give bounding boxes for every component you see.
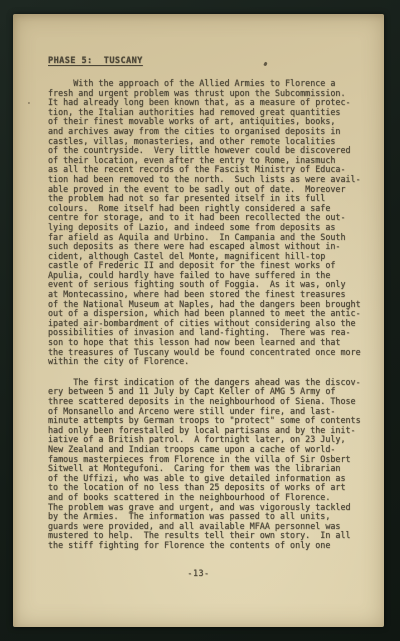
- document-page: PHASE 5: TUSCANY With the approach of th…: [13, 14, 384, 627]
- page-content: PHASE 5: TUSCANY With the approach of th…: [48, 56, 373, 551]
- page-number: -13-: [13, 568, 384, 578]
- ink-speck: [28, 102, 30, 104]
- section-heading: PHASE 5: TUSCANY: [48, 56, 373, 66]
- body-paragraph-2: The first indication of the dangers ahea…: [48, 378, 373, 551]
- body-paragraph-1: With the approach of the Allied Armies t…: [48, 79, 373, 367]
